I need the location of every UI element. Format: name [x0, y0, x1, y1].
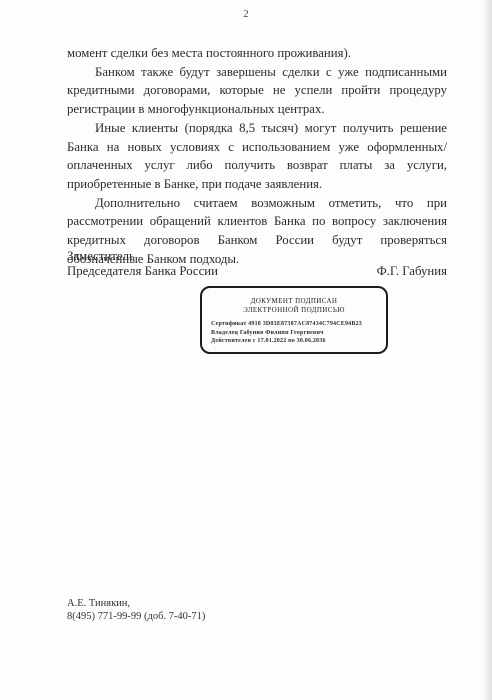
- page-number: 2: [0, 8, 492, 20]
- paragraph: Банком также будут завершены сделки с уж…: [67, 63, 447, 119]
- stamp-owner-line: Владелец Габуния Филипп Георгиевич: [211, 329, 377, 338]
- contact-phone: 8(495) 771-99-99 (доб. 7-40-71): [67, 611, 205, 624]
- electronic-signature-stamp: ДОКУМЕНТ ПОДПИСАН ЭЛЕКТРОННОЙ ПОДПИСЬЮ С…: [200, 286, 388, 354]
- paragraph: момент сделки без места постоянного прож…: [67, 44, 447, 63]
- footer-contact: А.Е. Тинякин, 8(495) 771-99-99 (доб. 7-4…: [67, 598, 205, 623]
- signer-position-line1: Заместитель: [67, 249, 447, 264]
- signature-block: Заместитель Председателя Банка России Ф.…: [67, 249, 447, 279]
- stamp-certificate-line: Сертификат 4918 3D03E87387AC87434C794CE9…: [211, 320, 377, 329]
- stamp-details: Сертификат 4918 3D03E87387AC87434C794CE9…: [202, 320, 386, 346]
- stamp-title-line1: ДОКУМЕНТ ПОДПИСАН: [202, 297, 386, 306]
- document-body: момент сделки без места постоянного прож…: [67, 44, 447, 268]
- signature-row: Председателя Банка России Ф.Г. Габуния: [67, 264, 447, 279]
- paragraph: Иные клиенты (порядка 8,5 тысяч) могут п…: [67, 119, 447, 194]
- signer-position-line2: Председателя Банка России: [67, 264, 218, 279]
- scan-edge-shadow: [482, 0, 492, 700]
- stamp-validity-line: Действителен с 17.01.2022 по 30.06.2036: [211, 337, 377, 346]
- stamp-title: ДОКУМЕНТ ПОДПИСАН ЭЛЕКТРОННОЙ ПОДПИСЬЮ: [202, 297, 386, 315]
- signer-name: Ф.Г. Габуния: [377, 264, 447, 279]
- stamp-title-line2: ЭЛЕКТРОННОЙ ПОДПИСЬЮ: [202, 306, 386, 315]
- contact-name: А.Е. Тинякин,: [67, 598, 205, 611]
